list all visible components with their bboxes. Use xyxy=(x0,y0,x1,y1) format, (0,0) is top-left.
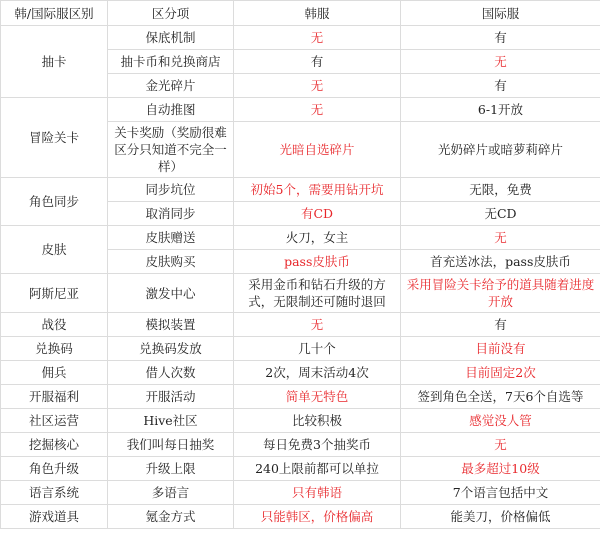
table-row: 冒险关卡 自动推图 无 6-1开放 xyxy=(1,98,600,122)
item-cell: 升级上限 xyxy=(108,457,234,481)
category-cell: 皮肤 xyxy=(1,226,108,274)
category-cell: 游戏道具 xyxy=(1,505,108,529)
kr-cell: 有 xyxy=(234,50,401,74)
item-cell: 抽卡币和兑换商店 xyxy=(108,50,234,74)
item-cell: 皮肤购买 xyxy=(108,250,234,274)
global-cell: 无 xyxy=(401,226,600,250)
item-cell: Hive社区 xyxy=(108,409,234,433)
category-cell: 角色同步 xyxy=(1,178,108,226)
item-cell: 同步坑位 xyxy=(108,178,234,202)
table-row: 社区运营 Hive社区 比较积极 感觉没人管 xyxy=(1,409,600,433)
global-cell: 感觉没人管 xyxy=(401,409,600,433)
kr-cell: 240上限前都可以单拉 xyxy=(234,457,401,481)
header-row: 韩/国际服区别 区分项 韩服 国际服 xyxy=(1,1,600,26)
table-row: 语言系统 多语言 只有韩语 7个语言包括中文 xyxy=(1,481,600,505)
global-cell: 能美刀，价格偏低 xyxy=(401,505,600,529)
item-cell: 激发中心 xyxy=(108,274,234,313)
item-cell: 自动推图 xyxy=(108,98,234,122)
table-row: 兑换码 兑换码发放 几十个 目前没有 xyxy=(1,337,600,361)
item-cell: 多语言 xyxy=(108,481,234,505)
table-row: 挖掘核心 我们叫每日抽奖 每日免费3个抽奖币 无 xyxy=(1,433,600,457)
comparison-table: 韩/国际服区别 区分项 韩服 国际服 抽卡 保底机制 无 有 抽卡币和兑换商店 … xyxy=(0,0,600,529)
item-cell: 借人次数 xyxy=(108,361,234,385)
kr-cell: 火刀，女主 xyxy=(234,226,401,250)
table-row: 皮肤 皮肤赠送 火刀，女主 无 xyxy=(1,226,600,250)
kr-cell: 初始5个，需要用钻开坑 xyxy=(234,178,401,202)
kr-cell: 比较积极 xyxy=(234,409,401,433)
kr-cell: 2次，周末活动4次 xyxy=(234,361,401,385)
global-cell: 无 xyxy=(401,433,600,457)
category-cell: 挖掘核心 xyxy=(1,433,108,457)
kr-cell: 有CD xyxy=(234,202,401,226)
category-cell: 语言系统 xyxy=(1,481,108,505)
table-row: 角色同步 同步坑位 初始5个，需要用钻开坑 无限，免费 xyxy=(1,178,600,202)
header-item: 区分项 xyxy=(108,1,234,26)
item-cell: 我们叫每日抽奖 xyxy=(108,433,234,457)
global-cell: 6-1开放 xyxy=(401,98,600,122)
item-cell: 关卡奖励（奖励很难区分只知道不完全一样） xyxy=(108,122,234,178)
kr-cell: 采用金币和钻石升级的方式，无限制还可随时退回 xyxy=(234,274,401,313)
global-cell: 有 xyxy=(401,26,600,50)
global-cell: 有 xyxy=(401,74,600,98)
category-cell: 开服福利 xyxy=(1,385,108,409)
global-cell: 无限，免费 xyxy=(401,178,600,202)
global-cell: 7个语言包括中文 xyxy=(401,481,600,505)
global-cell: 采用冒险关卡给予的道具随着进度开放 xyxy=(401,274,600,313)
kr-cell: 简单无特色 xyxy=(234,385,401,409)
item-cell: 氪金方式 xyxy=(108,505,234,529)
table-row: 开服福利 开服活动 简单无特色 签到角色全送，7天6个自选等 xyxy=(1,385,600,409)
kr-cell: 无 xyxy=(234,26,401,50)
item-cell: 模拟装置 xyxy=(108,313,234,337)
kr-cell: 每日免费3个抽奖币 xyxy=(234,433,401,457)
item-cell: 金光碎片 xyxy=(108,74,234,98)
global-cell: 目前没有 xyxy=(401,337,600,361)
kr-cell: 几十个 xyxy=(234,337,401,361)
kr-cell: 无 xyxy=(234,74,401,98)
header-category: 韩/国际服区别 xyxy=(1,1,108,26)
kr-cell: 只能韩区，价格偏高 xyxy=(234,505,401,529)
item-cell: 开服活动 xyxy=(108,385,234,409)
category-cell: 抽卡 xyxy=(1,26,108,98)
item-cell: 取消同步 xyxy=(108,202,234,226)
global-cell: 有 xyxy=(401,313,600,337)
kr-cell: pass皮肤币 xyxy=(234,250,401,274)
table-row: 战役 模拟装置 无 有 xyxy=(1,313,600,337)
global-cell: 首充送冰法，pass皮肤币 xyxy=(401,250,600,274)
header-global-server: 国际服 xyxy=(401,1,600,26)
table-row: 角色升级 升级上限 240上限前都可以单拉 最多超过10级 xyxy=(1,457,600,481)
header-kr-server: 韩服 xyxy=(234,1,401,26)
global-cell: 签到角色全送，7天6个自选等 xyxy=(401,385,600,409)
global-cell: 最多超过10级 xyxy=(401,457,600,481)
item-cell: 皮肤赠送 xyxy=(108,226,234,250)
global-cell: 光奶碎片或暗萝莉碎片 xyxy=(401,122,600,178)
item-cell: 保底机制 xyxy=(108,26,234,50)
global-cell: 目前固定2次 xyxy=(401,361,600,385)
global-cell: 无 xyxy=(401,50,600,74)
category-cell: 社区运营 xyxy=(1,409,108,433)
kr-cell: 只有韩语 xyxy=(234,481,401,505)
category-cell: 冒险关卡 xyxy=(1,98,108,178)
category-cell: 佣兵 xyxy=(1,361,108,385)
table-row: 阿斯尼亚 激发中心 采用金币和钻石升级的方式，无限制还可随时退回 采用冒险关卡给… xyxy=(1,274,600,313)
global-cell: 无CD xyxy=(401,202,600,226)
category-cell: 兑换码 xyxy=(1,337,108,361)
item-cell: 兑换码发放 xyxy=(108,337,234,361)
table-row: 佣兵 借人次数 2次，周末活动4次 目前固定2次 xyxy=(1,361,600,385)
category-cell: 战役 xyxy=(1,313,108,337)
kr-cell: 无 xyxy=(234,98,401,122)
kr-cell: 无 xyxy=(234,313,401,337)
kr-cell: 光暗自选碎片 xyxy=(234,122,401,178)
category-cell: 阿斯尼亚 xyxy=(1,274,108,313)
table-row: 游戏道具 氪金方式 只能韩区，价格偏高 能美刀，价格偏低 xyxy=(1,505,600,529)
table-row: 抽卡 保底机制 无 有 xyxy=(1,26,600,50)
category-cell: 角色升级 xyxy=(1,457,108,481)
